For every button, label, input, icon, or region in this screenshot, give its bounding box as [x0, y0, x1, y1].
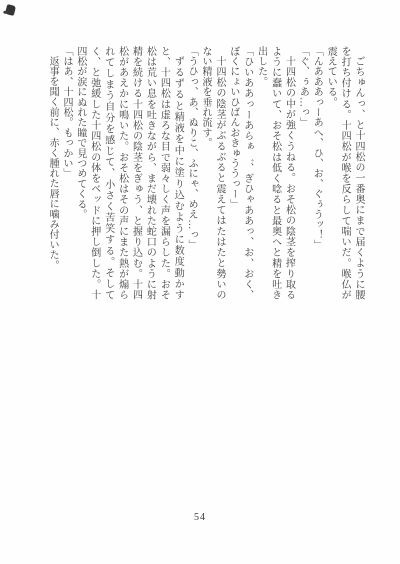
paragraph-narration: ずるずると精液を中に塗り込むように数度動かすと、十四松は虚ろな目で弱々しく声を漏…	[73, 46, 184, 300]
scanned-book-page: ごちゅんっ、と十四松の一番奥にまで届くように腰を打ち付ける。十四松が喉を反らして…	[0, 0, 400, 564]
paragraph-dialogue: 「はあ、十四松。もっかい」	[59, 46, 73, 300]
scan-artifact	[5, 4, 16, 16]
vertical-text-body: ごちゅんっ、と十四松の一番奥にまで届くように腰を打ち付ける。十四松が喉を反らして…	[58, 46, 365, 300]
paragraph-dialogue: 「うひっ、あ、ぬりこ、ふにゃ、めえ…っ」	[184, 46, 198, 300]
page-number: 54	[0, 512, 400, 523]
paragraph-dialogue: 「んあああっーあへ、ひ、お、ぐぅうッ！」	[309, 46, 323, 300]
paragraph-dialogue: 「ぐ、ぅあ…っ」	[295, 46, 309, 300]
paragraph-narration: 十四松の陰茎がぶるぶると震えてはたはたと勢いのない精液を垂れ流す。	[198, 46, 226, 300]
paragraph-dialogue: 「ひいああっーあらぁ゛、ぎひゃああっ、お、おく、ぼくにょいひばんおきゅううっー」	[226, 46, 254, 300]
paragraph-narration: 返事を聞く前に、赤く腫れた唇に噛み付いた。	[45, 46, 59, 300]
paragraph-narration: ごちゅんっ、と十四松の一番奥にまで届くように腰を打ち付ける。十四松が喉を反らして…	[323, 46, 365, 300]
paragraph-narration: 十四松の中が強くうねる。おそ松の陰茎を搾り取るように蠢いて、おそ松は低く唸ると最…	[254, 46, 296, 300]
